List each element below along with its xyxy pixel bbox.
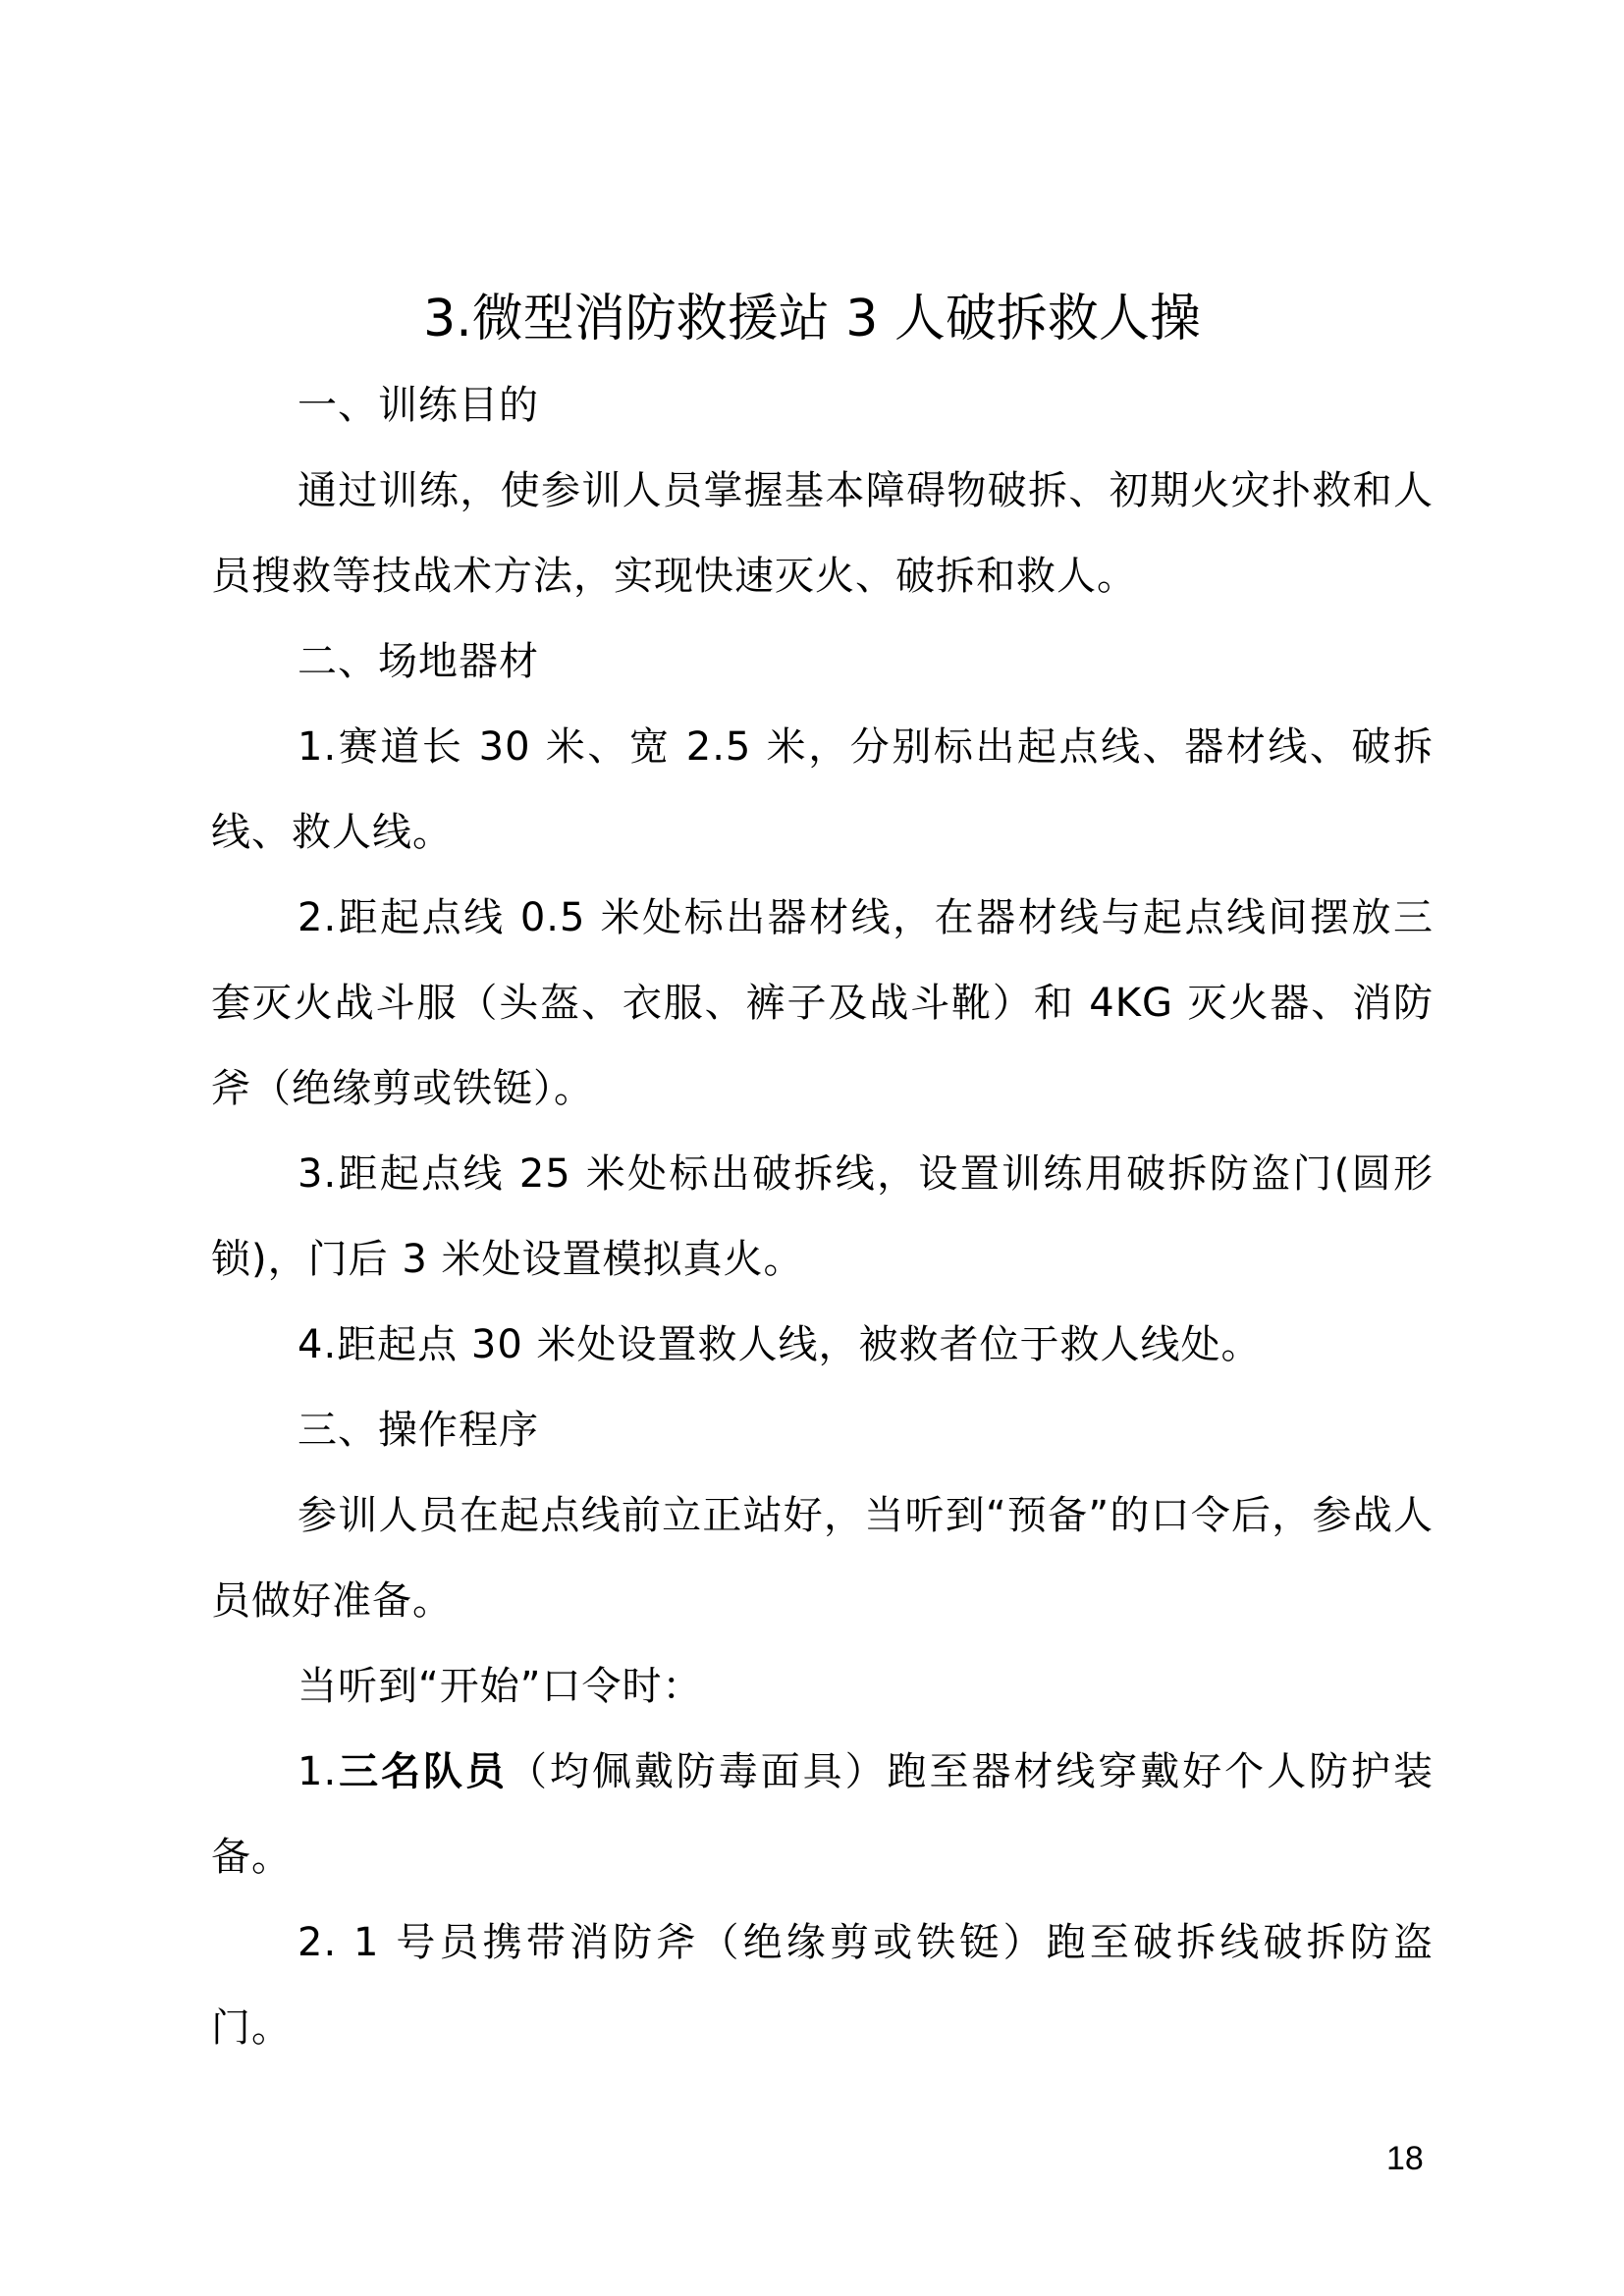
page-number: 18 xyxy=(1386,2140,1424,2178)
paragraph-equipment-4: 4.距起点 30 米处设置救人线，被救者位于救人线处。 xyxy=(211,1303,1434,1388)
paragraph-procedure-ready: 参训人员在起点线前立正站好，当听到“预备”的口令后，参战人员做好准备。 xyxy=(211,1473,1434,1644)
step-text: 1 号员携带消防斧（绝缘剪或铁铤）跑至破拆线破拆防盗门。 xyxy=(211,1920,1434,2051)
document-page: 3.微型消防救援站 3 人破拆救人操 一、训练目的 通过训练，使参训人员掌握基本… xyxy=(0,0,1624,2296)
paragraph-equipment-2: 2.距起点线 0.5 米处标出器材线，在器材线与起点线间摆放三套灭火战斗服（头盔… xyxy=(211,876,1434,1132)
section-heading-equipment: 二、场地器材 xyxy=(211,619,1434,705)
document-body: 一、训练目的 通过训练，使参训人员掌握基本障碍物破拆、初期火灾扑救和人员搜救等技… xyxy=(211,363,1434,2071)
section-heading-purpose: 一、训练目的 xyxy=(211,363,1434,449)
step-bold-text: 三名队员 xyxy=(337,1749,508,1794)
paragraph-equipment-3: 3.距起点线 25 米处标出破拆线，设置训练用破拆防盗门(圆形锁)，门后 3 米… xyxy=(211,1132,1434,1303)
procedure-step-2: 2. 1 号员携带消防斧（绝缘剪或铁铤）跑至破拆线破拆防盗门。 xyxy=(211,1900,1434,2071)
document-title: 3.微型消防救援站 3 人破拆救人操 xyxy=(0,285,1624,353)
section-heading-procedure: 三、操作程序 xyxy=(211,1388,1434,1473)
paragraph-equipment-1: 1.赛道长 30 米、宽 2.5 米，分别标出起点线、器材线、破拆线、救人线。 xyxy=(211,705,1434,876)
paragraph-procedure-start: 当听到“开始”口令时： xyxy=(211,1644,1434,1730)
paragraph-purpose: 通过训练，使参训人员掌握基本障碍物破拆、初期火灾扑救和人员搜救等技战术方法，实现… xyxy=(211,449,1434,619)
procedure-step-1: 1.三名队员（均佩戴防毒面具）跑至器材线穿戴好个人防护装备。 xyxy=(211,1730,1434,1900)
step-prefix: 1. xyxy=(298,1749,337,1794)
step-prefix: 2. xyxy=(298,1920,353,1965)
